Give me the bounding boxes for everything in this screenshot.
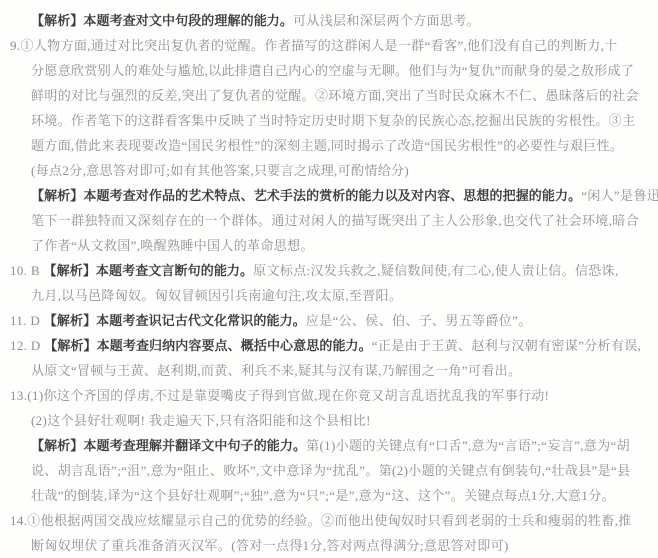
body-text-segment: 可从浅层和深层两个方面思考。 bbox=[293, 13, 480, 28]
text-line: 说、胡言乱语”;“沮”,意为“阻止、败坏”,文中意译为“扰乱”。第(2)小题的关… bbox=[0, 458, 658, 483]
analysis-heading-segment: 【解析】本题考查归纳内容要点、概括中心意思的能力。 bbox=[44, 338, 372, 353]
document-body: 【解析】本题考查对文中句段的理解的能力。可从浅层和深层两个方面思考。9.①人物方… bbox=[0, 0, 658, 558]
text-line: 题方面,借此来表现要改造“国民劣根性”的深刻主题,同时揭示了改造“国民劣根性”的… bbox=[0, 133, 658, 158]
body-text-segment: (每点2分,意思答对即可;如有其他答案,只要言之成理,可酌情给分) bbox=[31, 163, 409, 178]
body-text-segment: 鲜明的对比与强烈的反差,突出了复仇者的觉醒。②环境方面,突出了当时民众麻木不仁、… bbox=[31, 88, 639, 103]
body-text-segment: 断匈奴埋伏了重兵准备消灭汉军。(答对一点得1分,答对两点得满分;意思答对即可) bbox=[31, 538, 509, 553]
body-text-segment: 壮哉”的倒装,译为“这个县好壮观啊”;“独”,意为“只”;“是”,意为“这、这个… bbox=[31, 488, 615, 503]
text-line: 壮哉”的倒装,译为“这个县好壮观啊”;“独”,意为“只”;“是”,意为“这、这个… bbox=[0, 483, 658, 508]
body-text-segment: 了作者“从文救国”,唤醒熟睡中国人的革命思想。 bbox=[31, 238, 314, 253]
text-line: 14.①他根据两国交战应炫耀显示自己的优势的经验。②而他出使匈奴时只看到老弱的士… bbox=[0, 508, 658, 533]
analysis-heading-segment: 【解析】本题考查对作品的艺术特点、艺术手法的赏析的能力以及对内容、思想的把握的能… bbox=[31, 188, 581, 203]
text-line: 10. B 【解析】本题考查文言断句的能力。原文标点:汉发兵救之,疑信数间使,有… bbox=[0, 258, 658, 283]
body-text-segment: 从原文“冒顿与王黄、赵利期,而黄、利兵不来,疑其与汉有谋,乃解围之一角”可看出。 bbox=[31, 363, 521, 378]
body-text-segment: 说、胡言乱语”;“沮”,意为“阻止、败坏”,文中意译为“扰乱”。第(2)小题的关… bbox=[31, 463, 630, 478]
text-line: 笔下一群独特而又深刻存在的一个群体。通过对闲人的描写既突出了主人公形象,也交代了… bbox=[0, 208, 658, 233]
body-text-segment: (2)这个县好壮观啊! 我走遍天下,只有洛阳能和这个县相比! bbox=[31, 413, 371, 428]
text-line: 九月,以马邑降匈奴。匈奴冒顿因引兵南逾句注,攻太原,至晋阳。 bbox=[0, 283, 658, 308]
text-line: 11. D 【解析】本题考查识记古代文化常识的能力。应是“公、侯、伯、子、男五等… bbox=[0, 308, 658, 333]
body-text-segment: 13.(1)你这个齐国的俘虏,不过是靠耍嘴皮子得到官做,现在你竟又胡言乱语扰乱我… bbox=[10, 388, 549, 403]
body-text-segment: “闲人”是鲁迅 bbox=[581, 188, 658, 203]
body-text-segment: 原文标点:汉发兵救之,疑信数间使,有二心,使人责让信。信恐诛, bbox=[253, 263, 618, 278]
body-text-segment: 笔下一群独特而又深刻存在的一个群体。通过对闲人的描写既突出了主人公形象,也交代了… bbox=[31, 213, 639, 228]
analysis-heading-segment: 【解析】本题考查对文中句段的理解的能力。 bbox=[31, 13, 293, 28]
text-line: 9.①人物方面,通过对比突出复仇者的觉醒。作者描写的这群闲人是一群“看客”,他们… bbox=[0, 33, 658, 58]
body-text-segment: 10. B bbox=[10, 263, 44, 278]
body-text-segment: 九月,以马邑降匈奴。匈奴冒顿因引兵南逾句注,攻太原,至晋阳。 bbox=[31, 288, 402, 303]
text-line: 从原文“冒顿与王黄、赵利期,而黄、利兵不来,疑其与汉有谋,乃解围之一角”可看出。 bbox=[0, 358, 658, 383]
text-line: 12. D 【解析】本题考查归纳内容要点、概括中心意思的能力。“正是由于王黄、赵… bbox=[0, 333, 658, 358]
text-line: 鲜明的对比与强烈的反差,突出了复仇者的觉醒。②环境方面,突出了当时民众麻木不仁、… bbox=[0, 83, 658, 108]
text-line: 13.(1)你这个齐国的俘虏,不过是靠耍嘴皮子得到官做,现在你竟又胡言乱语扰乱我… bbox=[0, 383, 658, 408]
scanned-answer-key-page: 【解析】本题考查对文中句段的理解的能力。可从浅层和深层两个方面思考。9.①人物方… bbox=[0, 0, 658, 558]
text-line: 【解析】本题考查对文中句段的理解的能力。可从浅层和深层两个方面思考。 bbox=[0, 8, 658, 33]
text-line: 断匈奴埋伏了重兵准备消灭汉军。(答对一点得1分,答对两点得满分;意思答对即可) bbox=[0, 533, 658, 558]
body-text-segment: 9.①人物方面,通过对比突出复仇者的觉醒。作者描写的这群闲人是一群“看客”,他们… bbox=[10, 38, 618, 53]
text-line: 【解析】本题考查理解并翻译文中句子的能力。第(1)小题的关键点有“口舌”,意为“… bbox=[0, 433, 658, 458]
body-text-segment: 11. D bbox=[10, 313, 44, 328]
body-text-segment: 应是“公、侯、伯、子、男五等爵位”。 bbox=[306, 313, 532, 328]
body-text-segment: 第(1)小题的关键点有“口舌”,意为“言语”;“妄言”,意为“胡 bbox=[306, 438, 630, 453]
body-text-segment: 14.①他根据两国交战应炫耀显示自己的优势的经验。②而他出使匈奴时只看到老弱的士… bbox=[10, 513, 632, 528]
text-line: 环境。作者笔下的这群看客集中反映了当时特定历史时期下复杂的民族心态,挖掘出民族的… bbox=[0, 108, 658, 133]
text-line: 了作者“从文救国”,唤醒熟睡中国人的革命思想。 bbox=[0, 233, 658, 258]
analysis-heading-segment: 【解析】本题考查识记古代文化常识的能力。 bbox=[44, 313, 306, 328]
analysis-heading-segment: 【解析】本题考查文言断句的能力。 bbox=[44, 263, 254, 278]
text-line: (每点2分,意思答对即可;如有其他答案,只要言之成理,可酌情给分) bbox=[0, 158, 658, 183]
body-text-segment: 环境。作者笔下的这群看客集中反映了当时特定历史时期下复杂的民族心态,挖掘出民族的… bbox=[31, 113, 635, 128]
body-text-segment: 12. D bbox=[10, 338, 44, 353]
body-text-segment: 题方面,借此来表现要改造“国民劣根性”的深刻主题,同时揭示了改造“国民劣根性”的… bbox=[31, 138, 623, 153]
text-line: (2)这个县好壮观啊! 我走遍天下,只有洛阳能和这个县相比! bbox=[0, 408, 658, 433]
body-text-segment: 分愿意欣赏别人的难处与尴尬,以此排遣自己内心的空虚与无聊。他们与为“复仇”而献身… bbox=[31, 63, 634, 78]
text-line: 分愿意欣赏别人的难处与尴尬,以此排遣自己内心的空虚与无聊。他们与为“复仇”而献身… bbox=[0, 58, 658, 83]
body-text-segment: “正是由于王黄、赵利与汉朝有密谋”分析有误, bbox=[372, 338, 642, 353]
analysis-heading-segment: 【解析】本题考查理解并翻译文中句子的能力。 bbox=[31, 438, 306, 453]
text-line: 【解析】本题考查对作品的艺术特点、艺术手法的赏析的能力以及对内容、思想的把握的能… bbox=[0, 183, 658, 208]
